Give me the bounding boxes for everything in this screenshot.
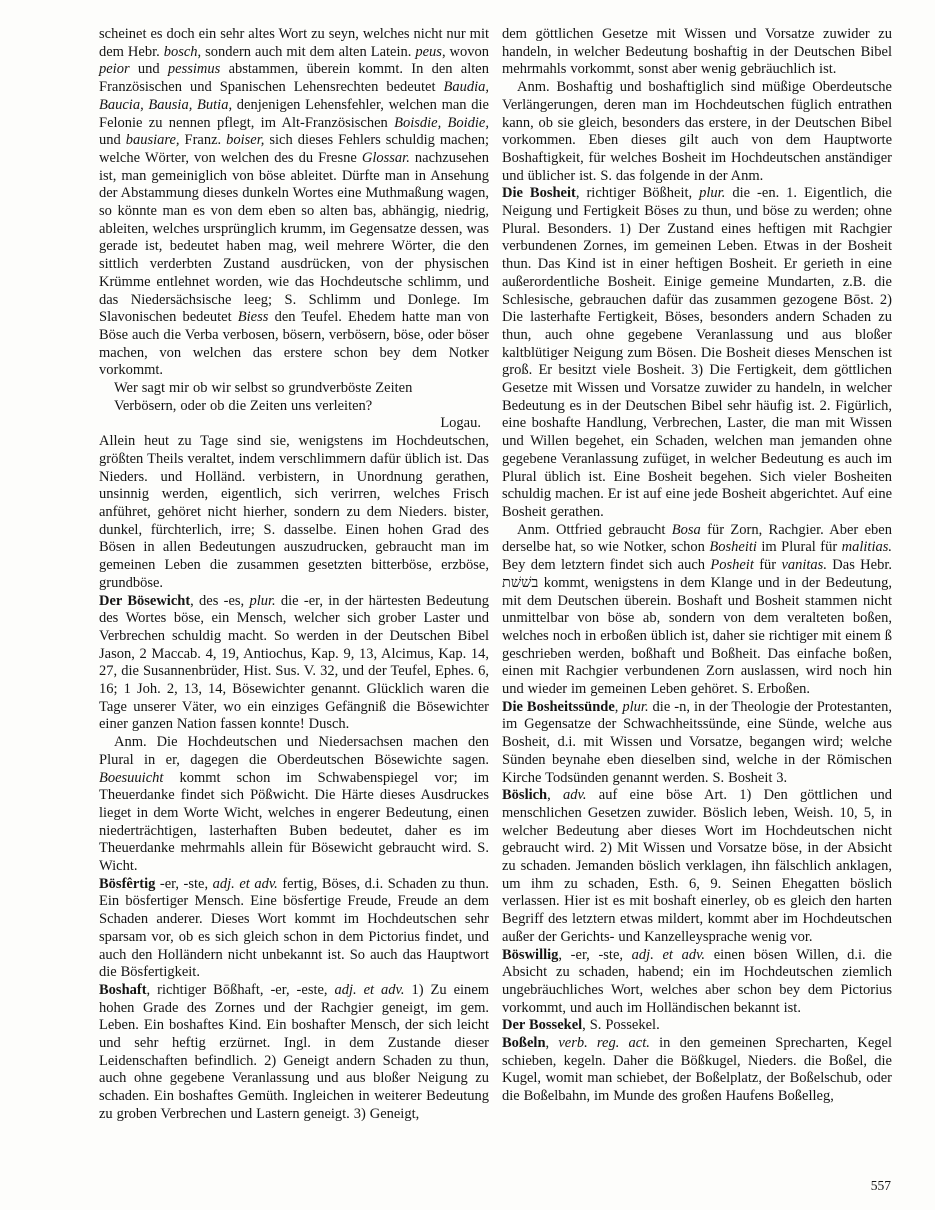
italic-term: Bosheiti <box>709 539 757 555</box>
dictionary-entry: Der Bossekel, S. Possekel. <box>502 1017 892 1035</box>
body-text: -er, -ste, <box>155 876 212 892</box>
paragraph: dem göttlichen Gesetze mit Wissen und Vo… <box>502 26 892 79</box>
italic-term: Glossar. <box>362 150 410 166</box>
body-text: , sondern auch mit dem alten Latein. <box>198 44 416 60</box>
italic-term: Posheit <box>710 557 754 573</box>
body-text: Bey dem letztern findet sich auch <box>502 557 710 573</box>
dictionary-entry: Böslich, adv. auf eine böse Art. 1) Den … <box>502 787 892 946</box>
dictionary-entry: Bösfêrtig -er, -ste, adj. et adv. fertig… <box>99 876 489 982</box>
right-column: dem göttlichen Gesetze mit Wissen und Vo… <box>502 26 892 1124</box>
body-text: dem göttlichen Gesetze mit Wissen und Vo… <box>502 26 892 77</box>
italic-term: plur. <box>699 185 725 201</box>
verse-attribution: Logau. <box>99 415 489 433</box>
italic-term: plur. <box>249 593 275 609</box>
body-text: , des -es, <box>190 593 249 609</box>
text-columns: scheinet es doch ein sehr altes Wort zu … <box>99 26 892 1124</box>
italic-term: adj. et adv. <box>335 982 405 998</box>
dictionary-entry: Die Bosheit, richtiger Bößheit, plur. di… <box>502 185 892 521</box>
body-text: Das Hebr. בשׁשׁת kommt, wenigstens in de… <box>502 557 892 697</box>
body-text: Franz. <box>180 132 227 148</box>
italic-term: Bosa <box>672 522 701 538</box>
body-text: und <box>99 132 126 148</box>
dictionary-entry: Boßeln, verb. reg. act. in den gemeinen … <box>502 1035 892 1106</box>
paragraph: Anm. Boshaftig und boshaftiglich sind mü… <box>502 79 892 185</box>
italic-term: vanitas. <box>781 557 827 573</box>
verse-quote: Wer sagt mir ob wir selbst so grundverbö… <box>99 380 489 415</box>
page-number: 557 <box>871 1178 891 1194</box>
italic-term: pessimus <box>168 61 220 77</box>
italic-term: bosch <box>164 44 198 60</box>
body-text: die -en. 1. Eigentlich, die Neigung und … <box>502 185 892 520</box>
left-column: scheinet es doch ein sehr altes Wort zu … <box>99 26 489 1124</box>
dictionary-entry: Boshaft, richtiger Bōßhaft, -er, -este, … <box>99 982 489 1124</box>
dictionary-page: scheinet es doch ein sehr altes Wort zu … <box>0 0 935 1210</box>
italic-term: Biess <box>238 309 269 325</box>
paragraph: Anm. Die Hochdeutschen und Niedersachsen… <box>99 734 489 876</box>
entry-headword: Die Bosheitssünde <box>502 699 615 715</box>
body-text: , -er, -ste, <box>558 947 631 963</box>
body-text: , richtiger Bōßhaft, -er, -este, <box>147 982 335 998</box>
body-text: die -er, in der härtesten Bedeutung des … <box>99 593 489 733</box>
entry-headword: Bösfêrtig <box>99 876 155 892</box>
paragraph: Allein heut zu Tage sind sie, wenigstens… <box>99 433 489 592</box>
italic-term: bausiare, <box>126 132 180 148</box>
paragraph: scheinet es doch ein sehr altes Wort zu … <box>99 26 489 380</box>
body-text: und <box>130 61 168 77</box>
body-text: , wovon <box>442 44 489 60</box>
verse-line: Wer sagt mir ob wir selbst so grundverbö… <box>99 380 489 398</box>
entry-headword: Boshaft <box>99 982 147 998</box>
italic-term: peus <box>415 44 442 60</box>
entry-headword: Der Bösewicht <box>99 593 190 609</box>
body-text: , <box>546 1035 559 1051</box>
body-text: auf eine böse Art. 1) Den göttlichen und… <box>502 787 892 945</box>
italic-term: adj. et adv. <box>632 947 705 963</box>
italic-term: adv. <box>563 787 587 803</box>
dictionary-entry: Die Bosheitssünde, plur. die -n, in der … <box>502 699 892 788</box>
body-text: im Plural für <box>757 539 842 555</box>
body-text: , <box>547 787 563 803</box>
entry-headword: Der Bossekel <box>502 1017 582 1033</box>
italic-term: boiser, <box>226 132 264 148</box>
italic-term: adj. et adv. <box>213 876 278 892</box>
body-text: 1) Zu einem hohen Grade des Zornes und d… <box>99 982 489 1122</box>
italic-term: Boisdie, Boidie, <box>394 115 489 131</box>
italic-term: Boesuuicht <box>99 770 163 786</box>
paragraph: Anm. Ottfried gebraucht Bosa für Zorn, R… <box>502 522 892 699</box>
body-text: Allein heut zu Tage sind sie, wenigstens… <box>99 433 489 591</box>
entry-headword: Boßeln <box>502 1035 546 1051</box>
dictionary-entry: Der Bösewicht, des -es, plur. die -er, i… <box>99 593 489 735</box>
italic-term: plur. <box>622 699 648 715</box>
dictionary-entry: Böswillig, -er, -ste, adj. et adv. einen… <box>502 947 892 1018</box>
body-text: Anm. Ottfried gebraucht <box>517 522 672 538</box>
italic-term: peior <box>99 61 130 77</box>
body-text: nachzusehen ist, man gemeiniglich von bö… <box>99 150 489 325</box>
body-text: , richtiger Bößheit, <box>576 185 699 201</box>
entry-headword: Böslich <box>502 787 547 803</box>
entry-headword: Böswillig <box>502 947 558 963</box>
italic-term: verb. reg. act. <box>558 1035 650 1051</box>
entry-headword: Die Bosheit <box>502 185 576 201</box>
body-text: Anm. Die Hochdeutschen und Niedersachsen… <box>99 734 489 768</box>
body-text: Anm. Boshaftig und boshaftiglich sind mü… <box>502 79 892 184</box>
verse-line: Verbösern, oder ob die Zeiten uns verlei… <box>99 398 489 416</box>
body-text: für <box>754 557 782 573</box>
body-text: , S. Possekel. <box>582 1017 660 1033</box>
italic-term: malitias. <box>842 539 892 555</box>
